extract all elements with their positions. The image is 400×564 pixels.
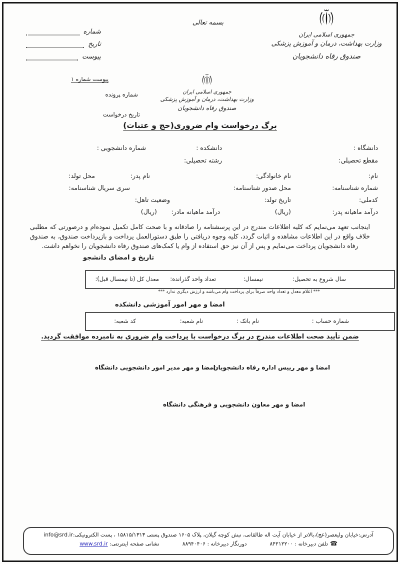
- form-title: برگ درخواست وام ضروری(حج و عتبات): [0, 121, 400, 130]
- request-date-label: تاریخ درخواست: [103, 111, 140, 118]
- affairs-director-signature: امضا و مهر مدیر امور دانشجویی دانشگاه: [95, 364, 215, 371]
- number-label: شماره: [83, 28, 101, 36]
- iran-emblem-icon: [202, 73, 213, 87]
- father-income-label: درآمد ماهیانه پدر:: [332, 208, 378, 216]
- corner-fields: شماره تاریخ پیوست: [23, 23, 102, 61]
- website-link[interactable]: www.srd.ir: [80, 540, 108, 547]
- letterhead-fund: صندوق رفاه دانشجویان: [157, 105, 257, 112]
- attachment-dotted-line: [26, 58, 78, 61]
- last-name-label: نام خانوادگی:: [256, 172, 291, 180]
- letterhead-top: جمهوری اسلامی ایران وزارت بهداشت، درمان …: [264, 8, 389, 61]
- national-code-label: کدملی:: [359, 196, 378, 204]
- account-number-label: شماره حساب :: [312, 318, 349, 325]
- rial-unit: (ریال): [141, 208, 157, 216]
- pledge-paragraph: اینجانب تعهد می‌نمایم که کلیه اطلاعات من…: [30, 222, 370, 251]
- phone-icon: ☎: [330, 540, 337, 547]
- birth-date-label: تاریخ تولد:: [264, 196, 291, 204]
- file-number-label: شماره پرونده: [105, 91, 138, 98]
- attachment-field-row: پیوست: [23, 48, 102, 61]
- branch-code-label: کد شعبه:: [114, 318, 136, 325]
- bank-info-table: شماره حساب : نام بانک : نام شعبه: کد شعب…: [85, 312, 395, 331]
- approval-statement: ضمن تأیید صحت اطلاعات مندرج در برگ درخوا…: [0, 333, 400, 341]
- letterhead-ministry: وزارت بهداشت، درمان و آموزش پزشکی: [264, 40, 389, 48]
- student-no-label: شماره دانشجویی :: [97, 144, 146, 152]
- deputy-signature: امضا و مهر معاون دانشجویی و فرهنگی دانشگ…: [163, 401, 305, 408]
- semester-label: نیمسال:: [243, 276, 263, 283]
- web-label: نشانی صفحه اینترنتی:: [110, 540, 160, 547]
- footer-contacts: ☎تلفن دبیرخانه : ۸۴۲۱۲۲۰۰ دورنگار دبیرخا…: [24, 540, 393, 547]
- number-dotted-line: [26, 33, 79, 36]
- father-name-label: نام پدر:: [130, 172, 150, 180]
- date-field-row: تاریخ: [23, 36, 102, 49]
- mother-income-label: درآمد ماهیانه مادر:: [171, 208, 220, 216]
- footer-phone: ☎تلفن دبیرخانه : ۸۴۲۱۲۲۰۰: [270, 540, 338, 547]
- gpa-note: *** اعلام معدل و تعداد واحد صرفاً برای پ…: [85, 290, 393, 295]
- attachment-number-note: پیوست شماره ۱: [71, 76, 109, 83]
- academic-info-table: سال شروع به تحصیل: نیمسال: تعداد واحد گذ…: [85, 270, 395, 289]
- level-label: مقطع تحصیلی:: [339, 157, 378, 165]
- first-name-label: نام:: [368, 172, 378, 180]
- footer-contact-box: آدرس:خیابان ولیعصر(عج)،بالاتر از خیابان …: [23, 527, 394, 555]
- units-passed-label: تعداد واحد گذرانده:: [170, 276, 216, 283]
- university-label: دانشگاه :: [353, 144, 378, 152]
- marital-label: وضعیت تاهل:: [135, 196, 170, 204]
- id-serial-label: سری سریال شناسنامه:: [69, 184, 130, 192]
- faculty-education-signature-header: امضا و مهر امور آموزشی دانشکده: [115, 301, 225, 309]
- footer-web: نشانی صفحه اینترنتی: www.srd.ir: [80, 540, 160, 547]
- bismillah: بسمه تعالی: [184, 19, 232, 27]
- rial-unit: (ریال): [275, 208, 291, 216]
- date-dotted-line: [26, 45, 84, 48]
- scanned-loan-request-form: جمهوری اسلامی ایران وزارت بهداشت، درمان …: [0, 0, 400, 564]
- start-year-label: سال شروع به تحصیل:: [293, 276, 346, 283]
- form-page: جمهوری اسلامی ایران وزارت بهداشت، درمان …: [0, 0, 400, 564]
- footer-fax: دورنگار دبیرخانه : ۸۸۹۴۰۴۰۶: [182, 540, 246, 547]
- student-signature-header: تاریخ و امضای دانشجو: [83, 254, 154, 262]
- letterhead-fund: صندوق رفاه دانشجویان: [264, 53, 389, 61]
- id-issue-label: محل صدور شناسنامه:: [233, 184, 291, 192]
- footer-address: آدرس:خیابان ولیعصر(عج)،بالاتر از خیابان …: [24, 532, 393, 539]
- branch-name-label: نام شعبه:: [180, 318, 203, 325]
- id-number-label: شماره شناسنامه:: [332, 184, 378, 192]
- gpa-label: معدل کل (تا نیمسال قبل):: [95, 276, 159, 283]
- birth-place-label: محل تولد:: [69, 172, 95, 180]
- faculty-label: دانشکده :: [196, 144, 222, 152]
- iran-emblem-icon: [319, 8, 335, 28]
- date-label: تاریخ: [88, 41, 101, 49]
- phone-number: تلفن دبیرخانه : ۸۴۲۱۲۲۰۰: [270, 541, 328, 548]
- letterhead-center: جمهوری اسلامی ایران وزارت بهداشت، درمان …: [157, 73, 257, 112]
- attachment-label: پیوست: [82, 53, 101, 61]
- letterhead-country: جمهوری اسلامی ایران: [157, 89, 257, 95]
- major-label: رشته تحصیلی:: [184, 157, 222, 165]
- welfare-head-signature: امضا و مهر رییس اداره رفاه دانشجویان: [213, 364, 330, 371]
- bank-name-label: نام بانک :: [236, 318, 259, 325]
- letterhead-ministry: وزارت بهداشت، درمان و آموزش پزشکی: [157, 96, 257, 103]
- letterhead-country: جمهوری اسلامی ایران: [264, 31, 389, 38]
- number-field-row: شماره: [23, 23, 102, 36]
